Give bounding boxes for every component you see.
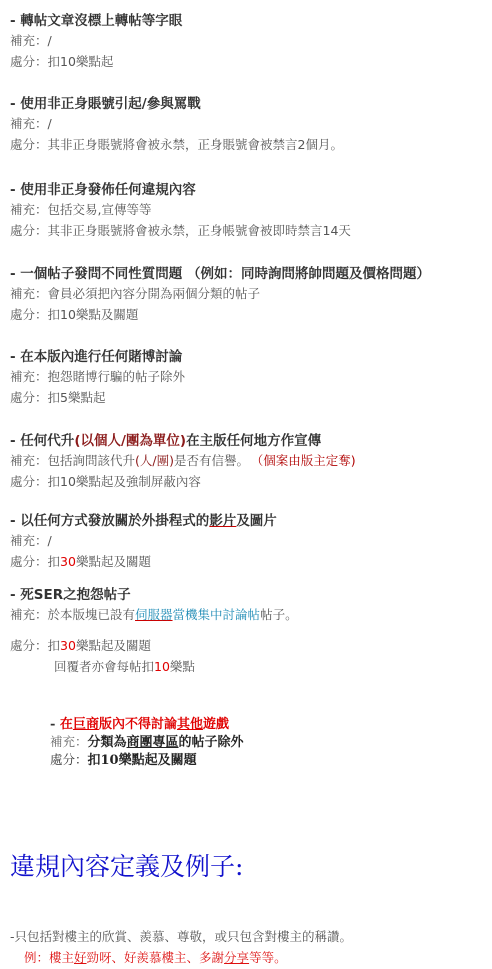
supplement-label: 補充： (10, 369, 48, 384)
penalty-label: 處分： (10, 307, 48, 322)
title-underlined: 巨商 (73, 717, 99, 732)
title-prefix: - 任何代升 (10, 433, 74, 449)
rule-block: - 在本版內進行任何賭博討論 補充：抱怨賭博行騙的帖子除外 處分：扣5樂點起 (10, 348, 185, 408)
title-underlined: 其他 (177, 717, 203, 732)
rule-supplement: 補充：/ (10, 530, 277, 551)
penalty-points: 10 (154, 659, 170, 674)
supplement-label: 補充： (50, 734, 88, 749)
supplement-label: 補充： (10, 202, 48, 217)
penalty-points: 30 (60, 638, 76, 653)
dash: - (50, 717, 60, 732)
penalty-label: 處分： (10, 638, 48, 653)
rule-supplement: 補充：於本版塊已設有伺服器當機集中討論帖帖子。 (10, 604, 298, 625)
supplement-text: / (48, 116, 52, 131)
penalty-text: 回覆者亦會每帖扣 (54, 659, 154, 674)
rule-penalty: 處分：其非正身賬號將會被永禁，正身帳號會被即時禁言14天 (10, 220, 351, 241)
penalty-label: 處分： (50, 752, 88, 767)
supplement-text: 分類為 (88, 735, 127, 750)
rule-title: - 使用非正身賬號引起/參與罵戰 (10, 95, 343, 113)
title-suffix: 在主版任何地方作宣傳 (186, 433, 321, 449)
supplement-text: / (48, 533, 52, 548)
example-underlined: 分享 (224, 950, 249, 965)
penalty-text: 扣10樂點起及關題 (88, 753, 197, 768)
special-rule-block: - 在巨商版內不得討論其他遊戲 補充：分類為商團專區的帖子除外 處分：扣10樂點… (50, 716, 244, 769)
special-rule-penalty: 處分：扣10樂點起及關題 (50, 751, 244, 769)
link-text: 當機集中討論帖 (173, 607, 261, 622)
supplement-label: 補充： (10, 453, 48, 468)
supplement-text: 於本版塊已設有 (48, 607, 136, 622)
supplement-label: 補充： (10, 33, 48, 48)
penalty-text: 樂點起及關題 (76, 554, 151, 569)
title-suffix: 及圖片 (236, 513, 277, 529)
penalty-text: 其非正身賬號將會被永禁，正身帳號會被即時禁言14天 (48, 223, 351, 238)
title-text: 在 (60, 717, 73, 732)
rule-supplement: 補充：包括交易,宣傳等等 (10, 199, 351, 220)
rule-block: - 以任何方式發放關於外掛程式的影片及圖片 補充：/ 處分：扣30樂點起及關題 (10, 512, 277, 572)
rule-title: - 死SER之抱怨帖子 (10, 586, 298, 604)
penalty-label: 處分： (10, 54, 48, 69)
penalty-text: 扣10樂點及關題 (48, 307, 139, 322)
supplement-text: / (48, 33, 52, 48)
rule-supplement: 補充：會員必須把內容分開為兩個分類的帖子 (10, 283, 430, 304)
penalty-label: 處分： (10, 137, 48, 152)
rule-penalty: 處分：扣10樂點及關題 (10, 304, 430, 325)
rule-title: - 以任何方式發放關於外掛程式的影片及圖片 (10, 512, 277, 530)
penalty-text: 樂點 (170, 659, 195, 674)
rule-supplement: 補充：抱怨賭博行騙的帖子除外 (10, 366, 185, 387)
example-text: 例：樓主 (24, 950, 74, 965)
rule-block: - 死SER之抱怨帖子 補充：於本版塊已設有伺服器當機集中討論帖帖子。 處分：扣… (10, 586, 298, 677)
supplement-underlined: 商團專區 (127, 735, 179, 750)
rule-supplement: 補充：/ (10, 113, 343, 134)
supplement-label: 補充： (10, 116, 48, 131)
penalty-label: 處分： (10, 390, 48, 405)
penalty-label: 處分： (10, 474, 48, 489)
rule-penalty: 處分：扣30樂點起及關題 (10, 551, 277, 572)
penalty-points: 30 (60, 554, 76, 569)
penalty-label: 處分： (10, 223, 48, 238)
rule-title: - 轉帖文章沒標上轉帖等字眼 (10, 12, 182, 30)
link-underlined: 伺服器 (135, 607, 173, 622)
penalty-text: 扣5樂點起 (48, 390, 106, 405)
rule-penalty: 處分：扣5樂點起 (10, 387, 185, 408)
supplement-text: 的帖子除外 (179, 735, 244, 750)
rule-block: - 使用非正身賬號引起/參與罵戰 補充：/ 處分：其非正身賬號將會被永禁，正身賬… (10, 95, 343, 155)
title-underlined: 影片 (209, 513, 236, 529)
title-text: 遊戲 (203, 717, 229, 732)
definition-item: -只包括對樓主的欣賞、羨慕、尊敬，或只包含對樓主的稱讚。 (10, 926, 352, 947)
rule-block: - 轉帖文章沒標上轉帖等字眼 補充：/ 處分：扣10樂點起 (10, 12, 182, 72)
definition-example: 例：樓主好勁呀、好羨慕樓主、多謝分享等等。 (10, 947, 352, 968)
moderator-note: （個案由版主定奪) (257, 453, 356, 468)
penalty-text: 扣10樂點起 (48, 54, 114, 69)
supplement-text: 是否有信譽。 (174, 453, 249, 468)
example-text: 等等。 (249, 950, 287, 965)
rule-penalty-replies: 回覆者亦會每帖扣10樂點 (10, 656, 298, 677)
rule-block: - 使用非正身發佈任何違規內容 補充：包括交易,宣傳等等 處分：其非正身賬號將會… (10, 181, 351, 241)
penalty-text: 扣10樂點起及強制屏蔽內容 (48, 474, 201, 489)
supplement-text: 帖子。 (260, 607, 298, 622)
rule-supplement: 補充：/ (10, 30, 182, 51)
supplement-label: 補充： (10, 607, 48, 622)
supplement-text: 包括詢問該代升 (48, 453, 136, 468)
penalty-text: 扣 (48, 554, 61, 569)
supplement-text: 包括交易,宣傳等等 (48, 202, 152, 217)
rule-supplement: 補充：包括詢問該代升(人/團)是否有信譽。（個案由版主定奪) (10, 450, 356, 471)
example-underlined: 好 (74, 950, 87, 965)
rule-title: - 一個帖子發問不同性質問題 （例如：同時詢問將帥問題及價格問題） (10, 265, 430, 283)
title-prefix: - 以任何方式發放關於外掛程式的 (10, 513, 209, 529)
server-crash-thread-link[interactable]: 伺服器當機集中討論帖 (135, 607, 260, 622)
title-highlight: (以個人/團為單位) (74, 433, 186, 449)
definitions-heading: 違規內容定義及例子: (10, 852, 243, 882)
rule-penalty: 處分：扣10樂點起 (10, 51, 182, 72)
rule-penalty: 處分：其非正身賬號將會被永禁，正身賬號會被禁言2個月。 (10, 134, 343, 155)
special-rule-title: - 在巨商版內不得討論其他遊戲 (50, 716, 244, 733)
supplement-highlight: (人/團) (135, 453, 174, 468)
rule-title: - 任何代升(以個人/團為單位)在主版任何地方作宣傳 (10, 432, 356, 450)
supplement-text: 會員必須把內容分開為兩個分類的帖子 (48, 286, 261, 301)
example-text: 勁呀、好羨慕樓主、多謝 (87, 950, 225, 965)
penalty-text: 樂點起及關題 (76, 638, 151, 653)
rule-title: - 在本版內進行任何賭博討論 (10, 348, 185, 366)
supplement-label: 補充： (10, 286, 48, 301)
rule-penalty: 處分：扣30樂點起及關題 (10, 635, 298, 656)
title-text: 版內不得討論 (99, 717, 177, 732)
definitions-block: -只包括對樓主的欣賞、羨慕、尊敬，或只包含對樓主的稱讚。 例：樓主好勁呀、好羨慕… (10, 926, 352, 968)
penalty-text: 其非正身賬號將會被永禁，正身賬號會被禁言2個月。 (48, 137, 343, 152)
special-rule-supplement: 補充：分類為商團專區的帖子除外 (50, 733, 244, 751)
rule-title: - 使用非正身發佈任何違規內容 (10, 181, 351, 199)
penalty-label: 處分： (10, 554, 48, 569)
rule-block: - 任何代升(以個人/團為單位)在主版任何地方作宣傳 補充：包括詢問該代升(人/… (10, 432, 356, 492)
penalty-text: 扣 (48, 638, 61, 653)
supplement-label: 補充： (10, 533, 48, 548)
supplement-text: 抱怨賭博行騙的帖子除外 (48, 369, 186, 384)
rule-block: - 一個帖子發問不同性質問題 （例如：同時詢問將帥問題及價格問題） 補充：會員必… (10, 265, 430, 325)
rule-penalty: 處分：扣10樂點起及強制屏蔽內容 (10, 471, 356, 492)
